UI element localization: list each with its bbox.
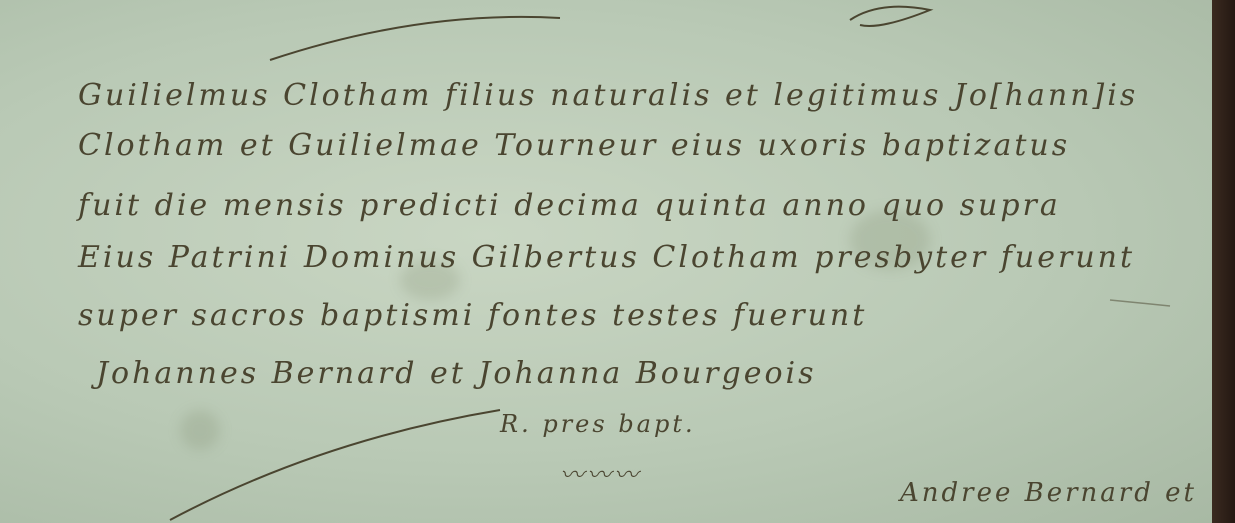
manuscript-line: fuit die mensis predicti decima quinta a…: [78, 188, 1061, 223]
manuscript-line: super sacros baptismi fontes testes fuer…: [78, 298, 867, 333]
manuscript-line: Clotham et Guilielmae Tourneur eius uxor…: [78, 128, 1070, 163]
manuscript-line: Johannes Bernard et Johanna Bourgeois: [96, 356, 817, 391]
manuscript-page: Guilielmus Clotham filius naturalis et l…: [0, 0, 1212, 523]
manuscript-line: Andree Bernard et: [900, 478, 1197, 508]
manuscript-line: Guilielmus Clotham filius naturalis et l…: [78, 78, 1138, 113]
signature-line: R. pres bapt.: [500, 410, 696, 438]
manuscript-line: Eius Patrini Dominus Gilbertus Clotham p…: [78, 240, 1135, 275]
signature-flourish: 〰〰〰: [560, 455, 641, 490]
book-binding-edge: [1212, 0, 1235, 523]
